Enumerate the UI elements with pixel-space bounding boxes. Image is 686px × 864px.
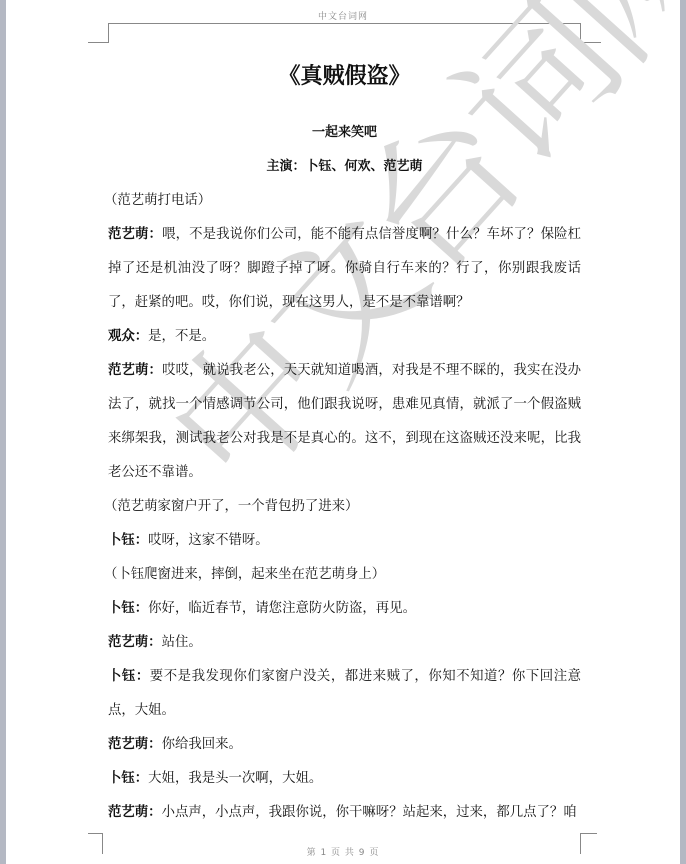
speaker-name: 范艺萌：	[108, 737, 162, 752]
dialogue-text: 哎哎，就说我老公，天天就知道喝酒，对我是不理不睬的，我实在没办法了，就找一个情感…	[108, 363, 581, 480]
dialogue-line: 卜钰：哎呀，这家不错呀。	[108, 524, 581, 558]
dialogue-line: 范艺萌：哎哎，就说我老公，天天就知道喝酒，对我是不理不睬的，我实在没办法了，就找…	[108, 354, 581, 490]
speaker-name: 卜钰：	[108, 601, 148, 616]
dialogue-text: 你好，临近春节，请您注意防火防盗，再见。	[148, 601, 416, 616]
dialogue-text: 你给我回来。	[162, 737, 242, 752]
speaker-name: 卜钰：	[108, 771, 148, 786]
cast-line: 主演：卜钰、何欢、范艺萌	[108, 150, 581, 184]
stage-direction: （范艺萌打电话）	[104, 184, 581, 218]
page-number-footer: 第 1 页 共 9 页	[0, 845, 686, 858]
speaker-name: 范艺萌：	[108, 635, 162, 650]
dialogue-line: 范艺萌：站住。	[108, 626, 581, 660]
window-edge-right	[680, 0, 686, 864]
speaker-name: 卜钰：	[108, 533, 148, 548]
dialogue-line: 卜钰：大姐，我是头一次啊，大姐。	[108, 762, 581, 796]
dialogue-text: 大姐，我是头一次啊，大姐。	[148, 771, 322, 786]
dialogue-line: 卜钰：你好，临近春节，请您注意防火防盗，再见。	[108, 592, 581, 626]
document-subtitle: 一起来笑吧	[108, 116, 581, 150]
dialogue-line: 范艺萌：小点声，小点声，我跟你说，你干嘛呀？站起来，过来，都几点了？咱	[108, 796, 581, 830]
dialogue-text: 是，不是。	[148, 329, 215, 344]
dialogue-text: 站住。	[162, 635, 202, 650]
stage-direction: （范艺萌家窗户开了，一个背包扔了进来）	[104, 490, 581, 524]
margin-corner-top-left	[88, 24, 109, 43]
speaker-name: 范艺萌：	[108, 227, 162, 242]
dialogue-text: 哎呀，这家不错呀。	[148, 533, 269, 548]
dialogue-text: 小点声，小点声，我跟你说，你干嘛呀？站起来，过来，都几点了？咱	[162, 805, 577, 820]
dialogue-line: 观众：是，不是。	[108, 320, 581, 354]
stage-direction: （卜钰爬窗进来，摔倒，起来坐在范艺萌身上）	[104, 558, 581, 592]
dialogue-line: 范艺萌：你给我回来。	[108, 728, 581, 762]
speaker-name: 范艺萌：	[108, 363, 162, 378]
speaker-name: 卜钰：	[108, 669, 150, 684]
dialogue-line: 卜钰：要不是我发现你们家窗户没关，都进来贼了，你知不知道？你下回注意点，大姐。	[108, 660, 581, 728]
speaker-name: 观众：	[108, 329, 148, 344]
speaker-name: 范艺萌：	[108, 805, 162, 820]
document-title: 《真贼假盗》	[108, 56, 581, 96]
document-body: 《真贼假盗》 一起来笑吧 主演：卜钰、何欢、范艺萌 （范艺萌打电话） 范艺萌：喂…	[108, 56, 581, 830]
window-edge-left	[0, 0, 6, 864]
dialogue-line: 范艺萌：喂，不是我说你们公司，能不能有点信誉度啊？什么？车坏了？保险杠掉了还是机…	[108, 218, 581, 320]
dialogue-text: 要不是我发现你们家窗户没关，都进来贼了，你知不知道？你下回注意点，大姐。	[108, 669, 581, 718]
dialogue-text: 喂，不是我说你们公司，能不能有点信誉度啊？什么？车坏了？保险杠掉了还是机油没了呀…	[108, 227, 581, 310]
